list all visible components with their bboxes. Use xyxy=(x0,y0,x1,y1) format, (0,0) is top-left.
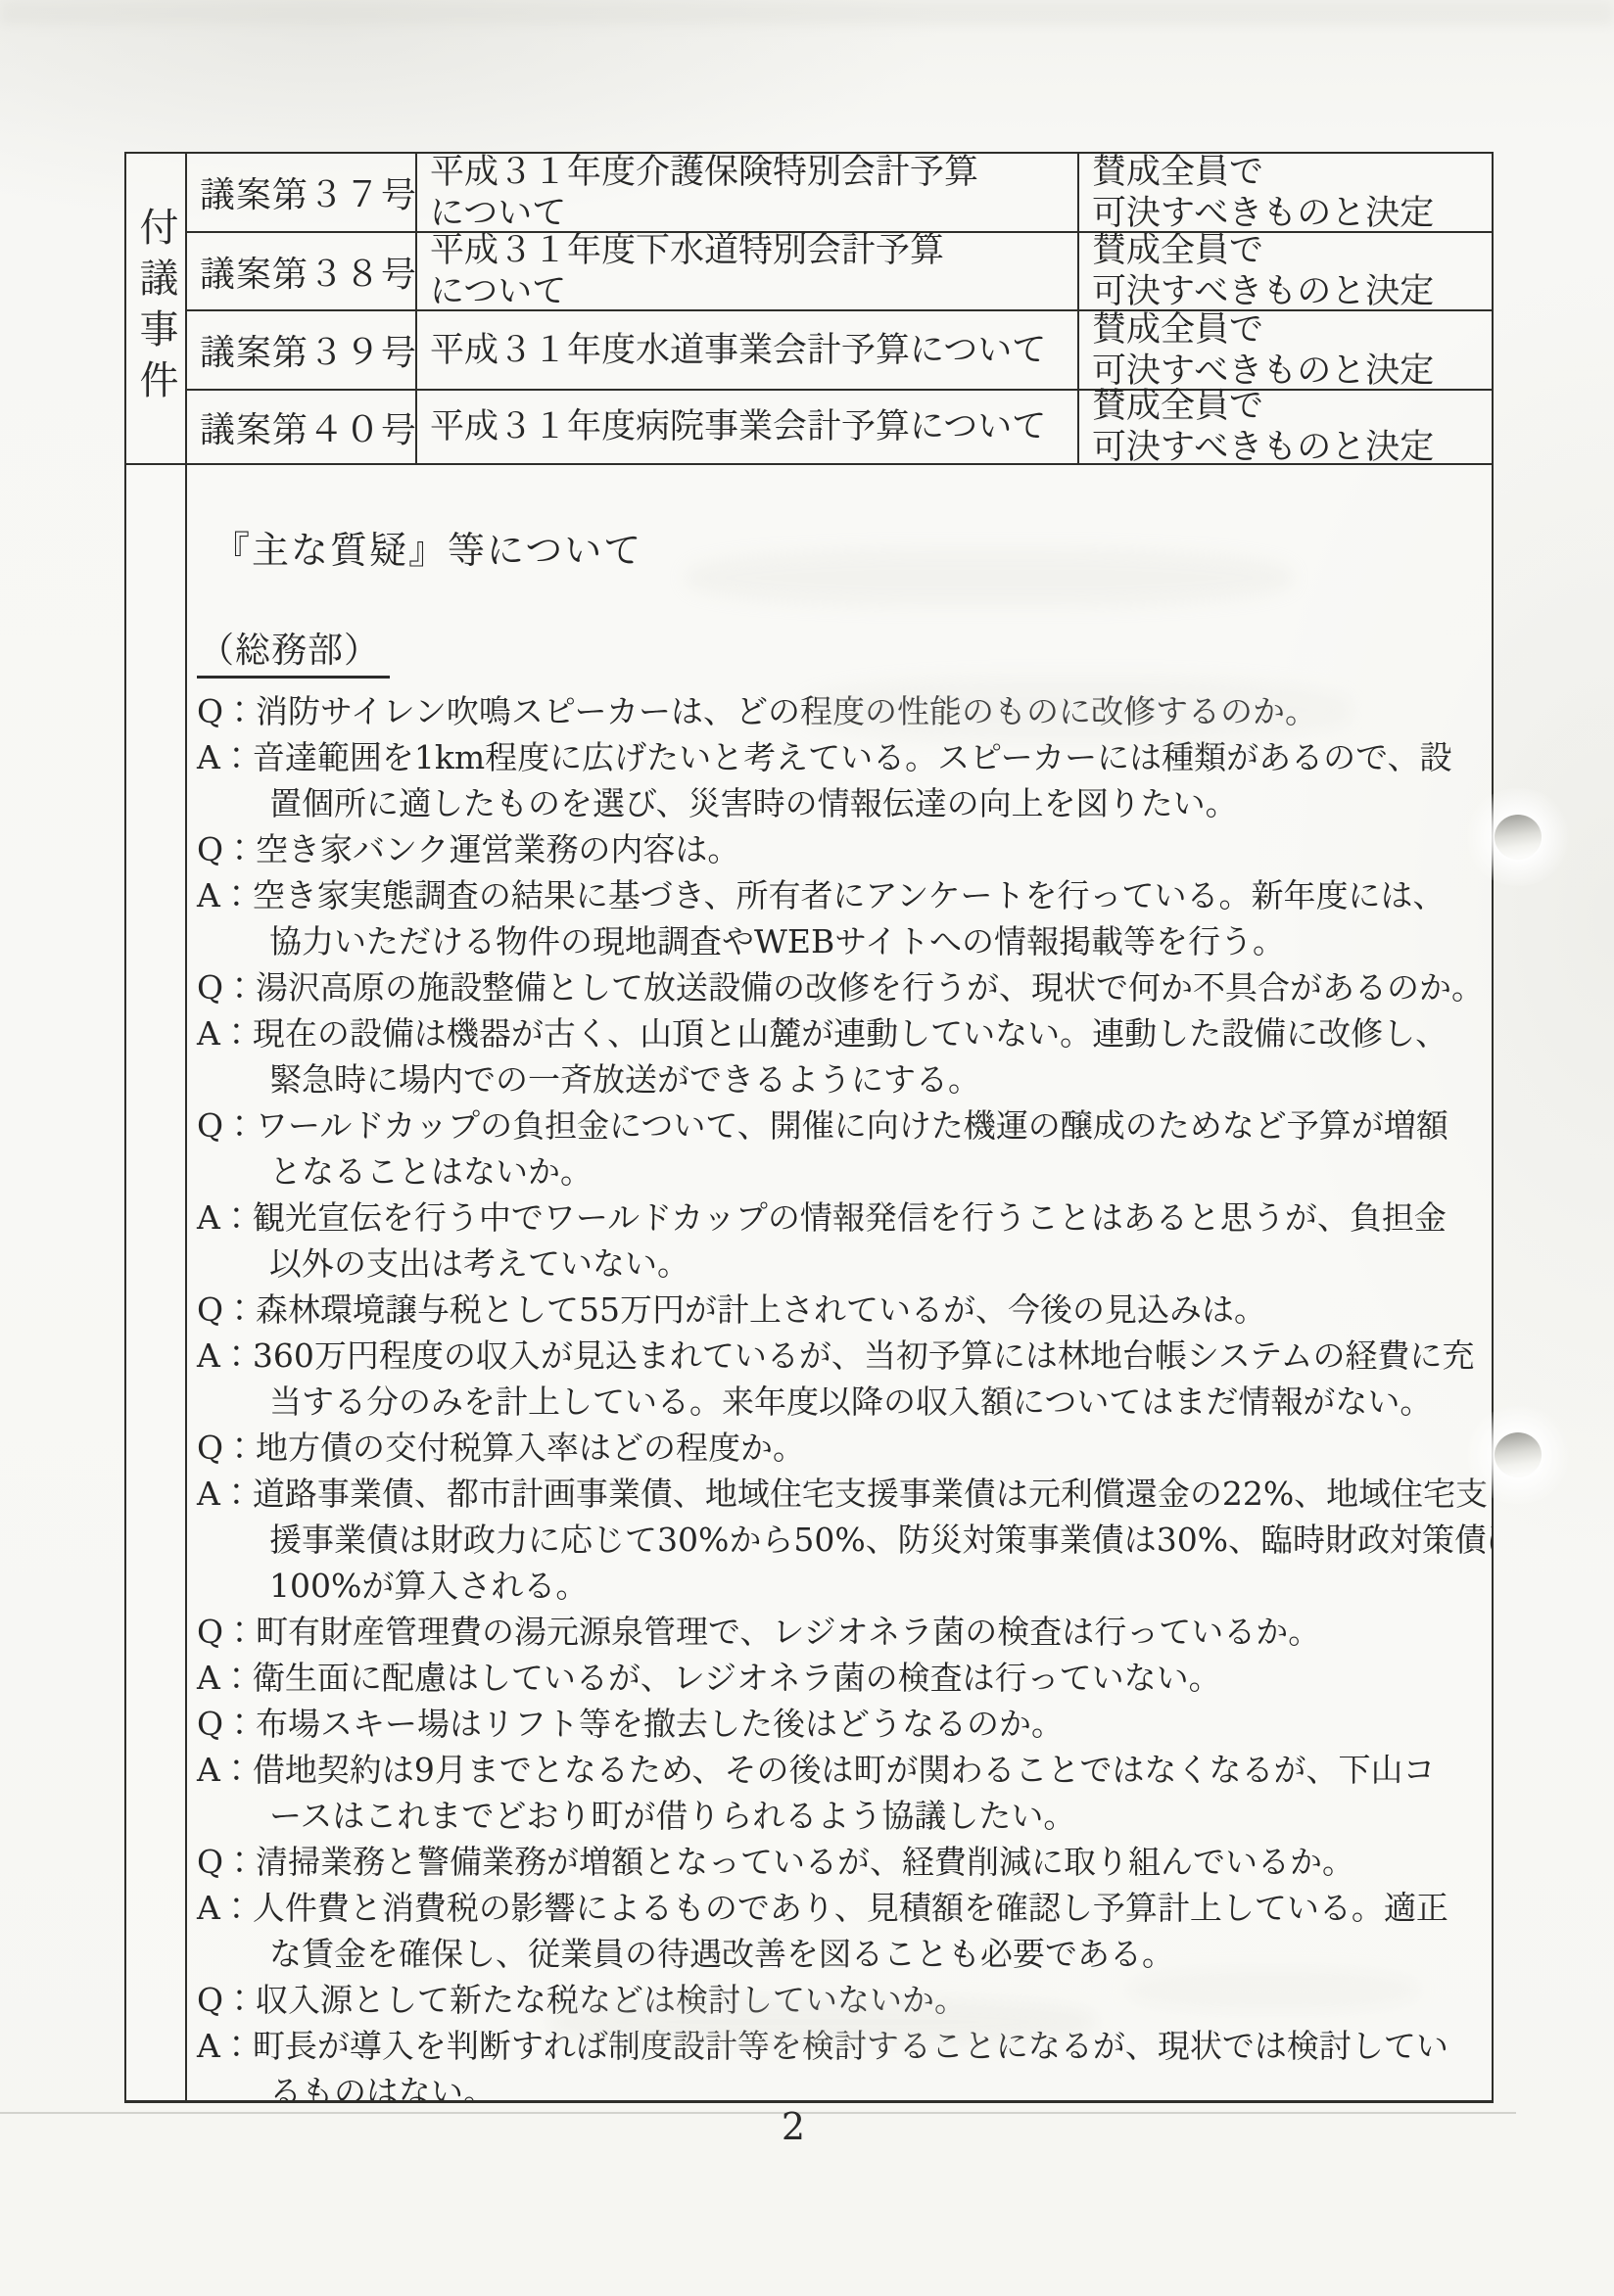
qa-item: A：町長が導入を判断すれば制度設計等を検討することになるが、現状では検討している… xyxy=(197,2023,1484,2100)
agenda-decision-line: 賛成全員で xyxy=(1092,309,1492,351)
scan-smudge xyxy=(0,0,1614,25)
qa-line-first: Q：布場スキー場はリフト等を撤去した後はどうなるのか。 xyxy=(269,1701,1484,1747)
qa-item: Q：収入源として新たな税などは検討していないか。 xyxy=(197,1977,1484,2023)
qa-item: Q：森林環境譲与税として55万円が計上されているが、今後の見込みは。 xyxy=(197,1287,1484,1333)
agenda-decision-line: 可決すべきものと決定 xyxy=(1092,427,1492,468)
qa-item: A：衛生面に配慮はしているが、レジオネラ菌の検査は行っていない。 xyxy=(197,1655,1484,1701)
qa-item: Q：消防サイレン吹鳴スピーカーは、どの程度の性能のものに改修するのか。 xyxy=(197,688,1484,734)
qa-line-first: Q：消防サイレン吹鳴スピーカーは、どの程度の性能のものに改修するのか。 xyxy=(269,688,1484,734)
qa-department-wrap: （総務部） xyxy=(197,623,1484,679)
qa-line-cont: 緊急時に場内での一斉放送ができるようにする。 xyxy=(269,1056,1484,1102)
qa-item: A：観光宣伝を行う中でワールドカップの情報発信を行うことはあると思うが、負担金以… xyxy=(197,1195,1484,1287)
agenda-bill-no-cell: 議案第４０号 xyxy=(187,391,417,465)
qa-item: A：借地契約は9月までとなるため、その後は町が関わることではなくなるが、下山コー… xyxy=(197,1747,1484,1839)
qa-item: Q：ワールドカップの負担金について、開催に向けた機運の醸成のためなど予算が増額と… xyxy=(197,1102,1484,1195)
scanned-document-page: 付議事件 議案第３７号平成３１年度介護保険特別会計予算について賛成全員で可決すべ… xyxy=(0,0,1614,2296)
qa-item: A：道路事業債、都市計画事業債、地域住宅支援事業債は元利償還金の22%、地域住宅… xyxy=(197,1471,1484,1609)
agenda-bill-no-cell: 議案第３９号 xyxy=(187,311,417,391)
agenda-decision-line: 可決すべきものと決定 xyxy=(1092,271,1492,312)
qa-line-first: A：現在の設備は機器が古く、山頂と山麓が連動していない。連動した設備に改修し、 xyxy=(269,1010,1484,1056)
qa-line-first: Q：清掃業務と警備業務が増額となっているが、経費削減に取り組んでいるか。 xyxy=(269,1839,1484,1885)
qa-section: 『主な質疑』等について （総務部） Q：消防サイレン吹鳴スピーカーは、どの程度の… xyxy=(187,465,1492,2100)
qa-item: A：空き家実態調査の結果に基づき、所有者にアンケートを行っている。新年度には、協… xyxy=(197,872,1484,964)
qa-line-cont: 置個所に適したものを選び、災害時の情報伝達の向上を図りたい。 xyxy=(269,780,1484,826)
qa-line-first: Q：ワールドカップの負担金について、開催に向けた機運の醸成のためなど予算が増額 xyxy=(269,1102,1484,1148)
qa-line-first: Q：空き家バンク運営業務の内容は。 xyxy=(269,826,1484,872)
qa-item: A：音達範囲を1km程度に広げたいと考えている。スピーカーには種類があるので、設… xyxy=(197,734,1484,826)
agenda-bill-title-line: 平成３１年度介護保険特別会計予算 xyxy=(430,152,1077,193)
qa-item: Q：町有財産管理費の湯元源泉管理で、レジオネラ菌の検査は行っているか。 xyxy=(197,1609,1484,1655)
qa-line-cont: となることはないか。 xyxy=(269,1148,1484,1195)
agenda-bill-title-cell: 平成３１年度病院事業会計予算について xyxy=(417,391,1079,465)
qa-line-first: Q：森林環境譲与税として55万円が計上されているが、今後の見込みは。 xyxy=(269,1287,1484,1333)
qa-item: Q：湯沢高原の施設整備として放送設備の改修を行うが、現状で何か不具合があるのか。 xyxy=(197,964,1484,1010)
qa-item: Q：清掃業務と警備業務が増額となっているが、経費削減に取り組んでいるか。 xyxy=(197,1839,1484,1885)
qa-item: A：人件費と消費税の影響によるものであり、見積額を確認し予算計上している。適正な… xyxy=(197,1885,1484,1977)
qa-line-first: A：空き家実態調査の結果に基づき、所有者にアンケートを行っている。新年度には、 xyxy=(269,872,1484,918)
agenda-decision-cell: 賛成全員で可決すべきものと決定 xyxy=(1079,311,1492,391)
agenda-decision-line: 賛成全員で xyxy=(1092,152,1492,193)
agenda-row-header-cell: 付議事件 xyxy=(126,154,187,465)
agenda-decision-cell: 賛成全員で可決すべきものと決定 xyxy=(1079,391,1492,465)
qa-line-first: A：道路事業債、都市計画事業債、地域住宅支援事業債は元利償還金の22%、地域住宅… xyxy=(269,1471,1484,1517)
agenda-decision-line: 可決すべきものと決定 xyxy=(1092,193,1492,234)
punch-hole xyxy=(1495,815,1542,860)
qa-line-first: Q：地方債の交付税算入率はどの程度か。 xyxy=(269,1425,1484,1471)
agenda-bill-title-line: 平成３１年度水道事業会計予算について xyxy=(430,330,1077,371)
qa-line-first: A：音達範囲を1km程度に広げたいと考えている。スピーカーには種類があるので、設 xyxy=(269,734,1484,780)
agenda-bill-no-cell: 議案第３８号 xyxy=(187,233,417,311)
qa-line-first: Q：収入源として新たな税などは検討していないか。 xyxy=(269,1977,1484,2023)
qa-line-cont: な賃金を確保し、従業員の待遇改善を図ることも必要である。 xyxy=(269,1931,1484,1977)
qa-line-cont: 協力いただける物件の現地調査やWEBサイトへの情報掲載等を行う。 xyxy=(269,918,1484,964)
qa-line-cont: るものはない。 xyxy=(269,2069,1484,2100)
agenda-bill-title-line: 平成３１年度病院事業会計予算について xyxy=(430,406,1077,447)
agenda-bill-title-cell: 平成３１年度介護保険特別会計予算について xyxy=(417,154,1079,233)
agenda-bill-no-cell: 議案第３７号 xyxy=(187,154,417,233)
punch-hole xyxy=(1495,1432,1542,1477)
agenda-and-qa-table: 付議事件 議案第３７号平成３１年度介護保険特別会計予算について賛成全員で可決すべ… xyxy=(124,152,1494,2103)
qa-line-cont: 当する分のみを計上している。来年度以降の収入額についてはまだ情報がない。 xyxy=(269,1379,1484,1425)
qa-line-first: A：360万円程度の収入が見込まれているが、当初予算には林地台帳システムの経費に… xyxy=(269,1333,1484,1379)
agenda-decision-line: 賛成全員で xyxy=(1092,230,1492,271)
qa-line-cont: 援事業債は財政力に応じて30%から50%、防災対策事業債は30%、臨時財政対策債… xyxy=(269,1517,1484,1563)
qa-heading: 『主な質疑』等について xyxy=(213,520,1484,574)
agenda-decision-cell: 賛成全員で可決すべきものと決定 xyxy=(1079,233,1492,311)
agenda-decision-line: 賛成全員で xyxy=(1092,386,1492,427)
qa-line-first: A：観光宣伝を行う中でワールドカップの情報発信を行うことはあると思うが、負担金 xyxy=(269,1195,1484,1241)
qa-line-first: A：町長が導入を判断すれば制度設計等を検討することになるが、現状では検討してい xyxy=(269,2023,1484,2069)
qa-item: Q：空き家バンク運営業務の内容は。 xyxy=(197,826,1484,872)
qa-line-cont: 100%が算入される。 xyxy=(269,1563,1484,1609)
qa-line-first: A：衛生面に配慮はしているが、レジオネラ菌の検査は行っていない。 xyxy=(269,1655,1484,1701)
qa-line-first: Q：町有財産管理費の湯元源泉管理で、レジオネラ菌の検査は行っているか。 xyxy=(269,1609,1484,1655)
qa-left-margin-cell xyxy=(126,465,187,2100)
agenda-row-header: 付議事件 xyxy=(136,207,175,410)
qa-department: （総務部） xyxy=(197,623,390,679)
qa-item: A：360万円程度の収入が見込まれているが、当初予算には林地台帳システムの経費に… xyxy=(197,1333,1484,1425)
qa-line-first: A：借地契約は9月までとなるため、その後は町が関わることではなくなるが、下山コ xyxy=(269,1747,1484,1793)
agenda-bill-title-line: について xyxy=(430,271,1077,312)
agenda-bill-title-cell: 平成３１年度水道事業会計予算について xyxy=(417,311,1079,391)
page-number: 2 xyxy=(0,2105,1587,2148)
qa-item: A：現在の設備は機器が古く、山頂と山麓が連動していない。連動した設備に改修し、緊… xyxy=(197,1010,1484,1102)
qa-item: Q：布場スキー場はリフト等を撤去した後はどうなるのか。 xyxy=(197,1701,1484,1747)
agenda-bill-title-cell: 平成３１年度下水道特別会計予算について xyxy=(417,233,1079,311)
qa-line-first: Q：湯沢高原の施設整備として放送設備の改修を行うが、現状で何か不具合があるのか。 xyxy=(269,964,1484,1010)
qa-item: Q：地方債の交付税算入率はどの程度か。 xyxy=(197,1425,1484,1471)
qa-line-first: A：人件費と消費税の影響によるものであり、見積額を確認し予算計上している。適正 xyxy=(269,1885,1484,1931)
agenda-decision-cell: 賛成全員で可決すべきものと決定 xyxy=(1079,154,1492,233)
qa-line-cont: ースはこれまでどおり町が借りられるよう協議したい。 xyxy=(269,1793,1484,1839)
qa-line-cont: 以外の支出は考えていない。 xyxy=(269,1241,1484,1287)
qa-items: Q：消防サイレン吹鳴スピーカーは、どの程度の性能のものに改修するのか。A：音達範… xyxy=(197,688,1484,2100)
agenda-bill-title-line: 平成３１年度下水道特別会計予算 xyxy=(430,230,1077,271)
agenda-bill-title-line: について xyxy=(430,193,1077,234)
